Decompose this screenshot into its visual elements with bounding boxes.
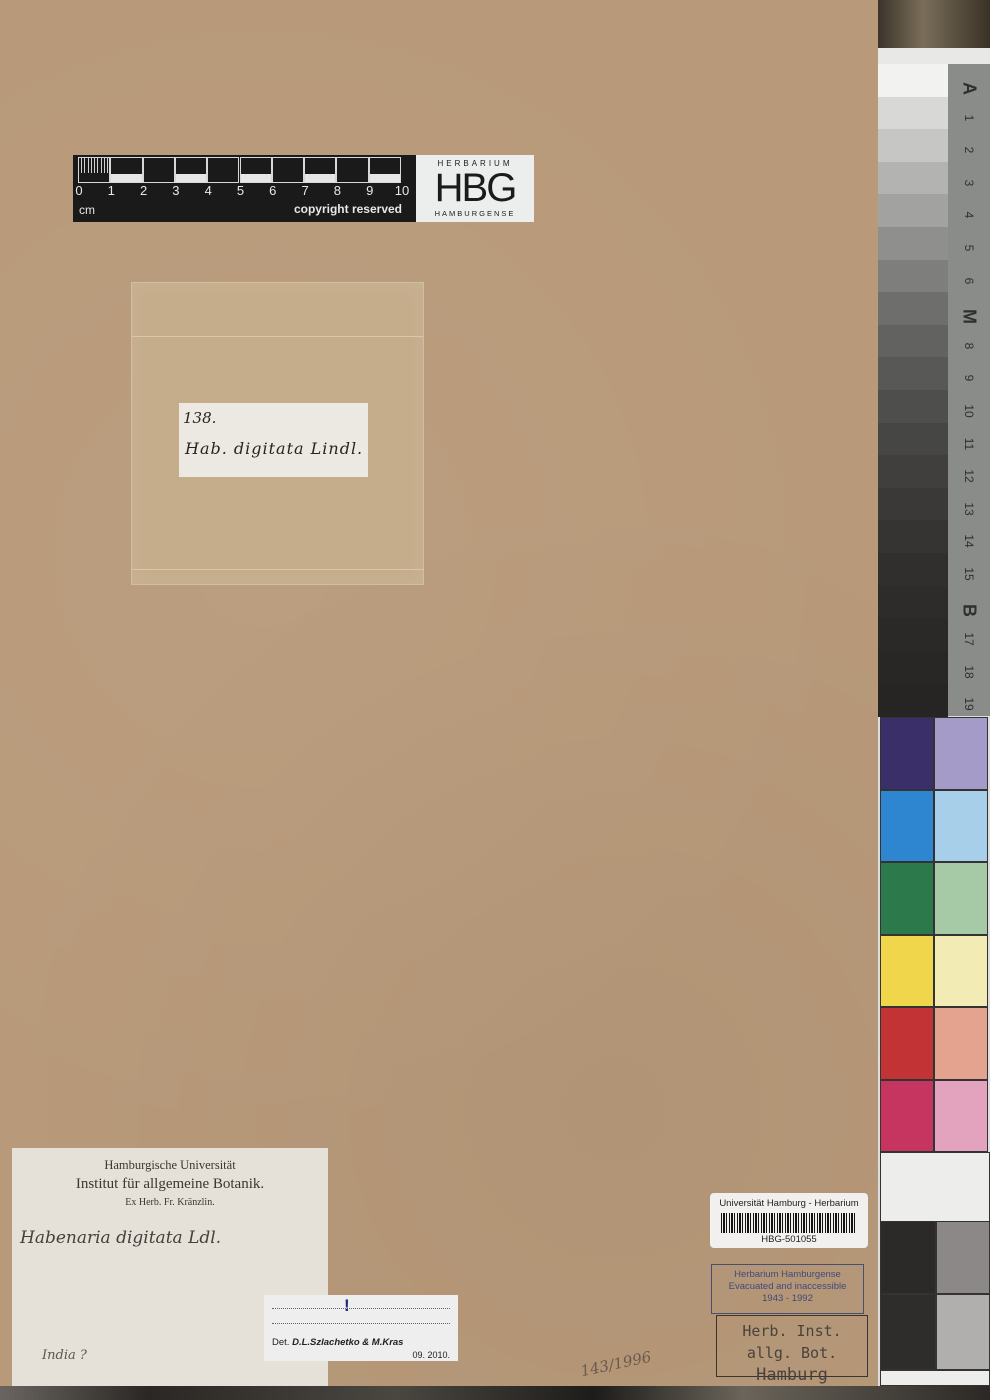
scale-number: 2 bbox=[140, 183, 147, 198]
grey-step bbox=[878, 292, 948, 326]
grey-step bbox=[878, 618, 948, 652]
evacuated-stamp: Herbarium Hamburgense Evacuated and inac… bbox=[711, 1264, 864, 1314]
hbg-logo: HERBARIUM HBG HAMBURGENSE bbox=[416, 155, 534, 222]
institute-university: Hamburgische Universität bbox=[12, 1158, 328, 1173]
scale-segment bbox=[110, 157, 142, 183]
grey-step bbox=[878, 194, 948, 228]
grey-step bbox=[878, 423, 948, 457]
envelope-bottom-fold bbox=[132, 569, 423, 584]
scale-segment bbox=[304, 157, 336, 183]
institute-name: Institut für allgemeine Botanik. bbox=[12, 1176, 328, 1193]
grey-step bbox=[878, 683, 948, 717]
color-swatch bbox=[880, 790, 934, 863]
envelope-label-number: 138. bbox=[183, 409, 216, 427]
scale-copyright: copyright reserved bbox=[294, 202, 402, 216]
stamp-line: 1943 - 1992 bbox=[712, 1293, 863, 1305]
color-swatch bbox=[934, 862, 988, 935]
checker-block bbox=[880, 1294, 936, 1370]
scale-ticks bbox=[78, 157, 401, 183]
grey-step bbox=[878, 325, 948, 359]
grey-step bbox=[878, 260, 948, 294]
scale-segment bbox=[272, 157, 304, 183]
grey-step bbox=[878, 64, 948, 98]
scale-number: 3 bbox=[172, 183, 179, 198]
scale-number: 8 bbox=[334, 183, 341, 198]
handwritten-locality: India ? bbox=[42, 1348, 87, 1363]
logo-bottom-text: HAMBURGENSE bbox=[416, 209, 534, 218]
barcode-title: Universität Hamburg - Herbarium bbox=[710, 1198, 868, 1209]
checker-block bbox=[936, 1294, 990, 1370]
barcode-label: Universität Hamburg - Herbarium HBG-5010… bbox=[710, 1193, 868, 1248]
scale-segment bbox=[143, 157, 175, 183]
dotted-line bbox=[272, 1323, 450, 1324]
checker-block bbox=[936, 1221, 990, 1294]
scale-segment bbox=[240, 157, 272, 183]
stamp-line: Herb. Inst. allg. Bot. bbox=[717, 1320, 867, 1364]
scanner-bed-edge bbox=[0, 1386, 990, 1400]
grey-step bbox=[878, 586, 948, 620]
grey-step bbox=[878, 455, 948, 489]
confirmation-mark: ! bbox=[344, 1296, 350, 1316]
scale-segment bbox=[207, 157, 239, 183]
barcode-id: HBG-501055 bbox=[710, 1234, 868, 1245]
color-swatch bbox=[880, 1007, 934, 1080]
grey-step bbox=[878, 651, 948, 685]
determination-label: ! Det. D.L.Szlachetko & M.Kras 09. 2010. bbox=[264, 1295, 458, 1361]
envelope-flap bbox=[132, 283, 423, 337]
scale-number: 4 bbox=[205, 183, 212, 198]
scale-number: 7 bbox=[301, 183, 308, 198]
scale-number: 9 bbox=[366, 183, 373, 198]
scale-unit: cm bbox=[79, 203, 95, 217]
grey-step bbox=[878, 162, 948, 196]
determination-text: Det. D.L.Szlachetko & M.Kras bbox=[272, 1337, 403, 1348]
stamp-line: Hamburg bbox=[717, 1364, 867, 1386]
color-swatch bbox=[880, 717, 934, 790]
stamp-line: Evacuated and inaccessible bbox=[712, 1281, 863, 1293]
scale-bar: 012345678910 cm copyright reserved bbox=[73, 155, 416, 222]
color-checker: A123456M89101112131415B171819 bbox=[878, 0, 990, 1386]
institute-stamp: Herb. Inst. allg. Bot. Hamburg bbox=[716, 1315, 868, 1377]
color-swatch bbox=[934, 1007, 988, 1080]
scale-segment bbox=[175, 157, 207, 183]
scale-number: 0 bbox=[75, 183, 82, 198]
color-swatch bbox=[880, 1080, 934, 1153]
det-determiners: D.L.Szlachetko & M.Kras bbox=[292, 1337, 403, 1348]
grey-scale-label-strip: A123456M89101112131415B171819 bbox=[948, 64, 990, 716]
det-date: 09. 2010. bbox=[412, 1350, 450, 1360]
scale-segment bbox=[369, 157, 401, 183]
envelope-label: 138. Hab. digitata Lindl. bbox=[179, 403, 368, 477]
dotted-line bbox=[272, 1308, 450, 1309]
grey-step bbox=[878, 227, 948, 261]
checker-block bbox=[880, 1221, 936, 1294]
grey-step bbox=[878, 488, 948, 522]
checker-block bbox=[880, 1152, 990, 1222]
logo-mark: HBG bbox=[416, 167, 534, 209]
grey-step bbox=[878, 129, 948, 163]
envelope-label-name: Hab. digitata Lindl. bbox=[185, 439, 363, 458]
barcode bbox=[721, 1213, 857, 1233]
scale-number: 6 bbox=[269, 183, 276, 198]
grey-step bbox=[878, 357, 948, 391]
color-swatch bbox=[934, 717, 988, 790]
scale-segment bbox=[336, 157, 368, 183]
institute-provenance: Ex Herb. Fr. Kränzlin. bbox=[12, 1197, 328, 1208]
checker-block bbox=[880, 1370, 990, 1386]
color-swatch bbox=[934, 1080, 988, 1153]
scale-number: 10 bbox=[395, 183, 409, 198]
color-swatch bbox=[880, 935, 934, 1008]
checker-top-edge bbox=[878, 0, 990, 48]
color-swatch bbox=[880, 862, 934, 935]
scale-numbers: 012345678910 bbox=[73, 183, 416, 199]
scale-number: 5 bbox=[237, 183, 244, 198]
color-swatch bbox=[934, 935, 988, 1008]
stamp-line: Herbarium Hamburgense bbox=[712, 1269, 863, 1281]
grey-step bbox=[878, 520, 948, 554]
grey-step bbox=[878, 553, 948, 587]
color-swatch bbox=[934, 790, 988, 863]
grey-step bbox=[878, 390, 948, 424]
grey-step bbox=[878, 97, 948, 131]
scale-number: 1 bbox=[108, 183, 115, 198]
det-prefix: Det. bbox=[272, 1337, 289, 1348]
handwritten-taxon: Habenaria digitata Ldl. bbox=[20, 1228, 221, 1248]
